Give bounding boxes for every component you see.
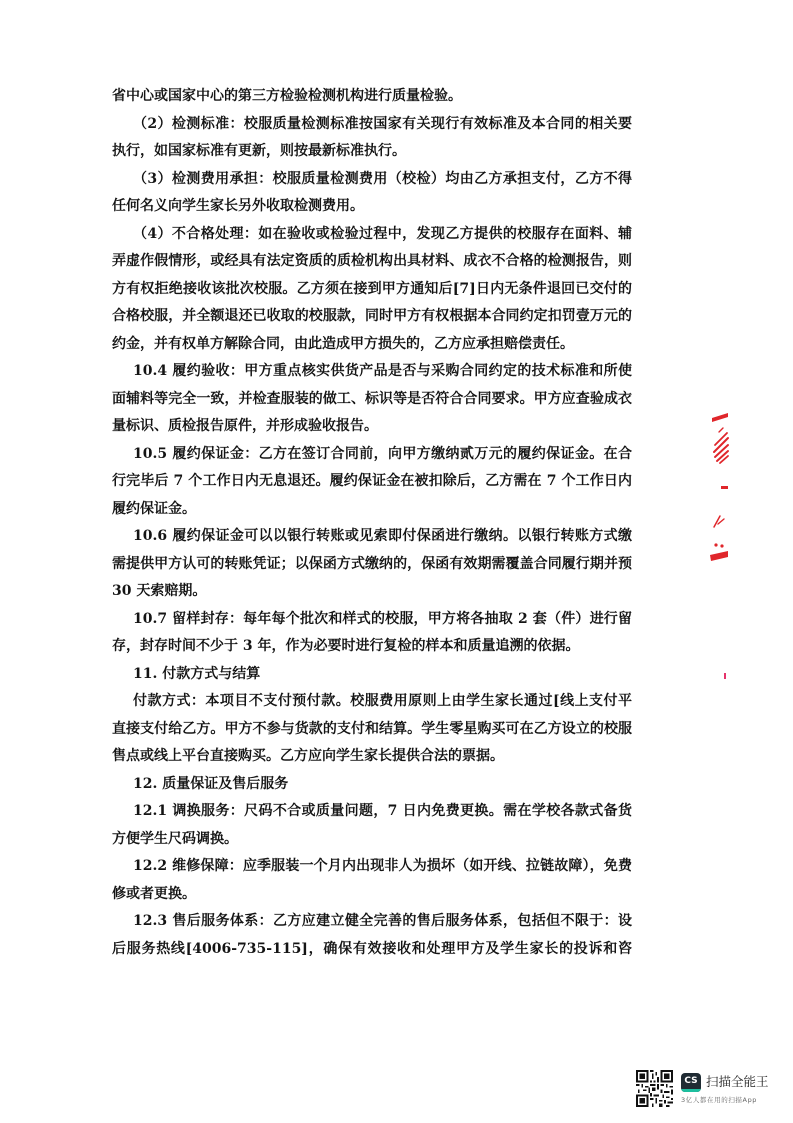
clause-12-3-after-sales: 12.3 售后服务体系：乙方应建立健全完善的售后服务体系，包括但不限于：设立售 … [112,908,632,963]
section-11-heading: 11. 付款方式与结算 [112,661,632,689]
clause-10-7-sample-retention: 10.7 留样封存：每年每个批次和样式的校服，甲方将各抽取 2 套（件）进行留样… [112,606,632,661]
paragraph-line: 需提供甲方认可的转账凭证；以保函方式缴纳的，保函有效期需覆盖合同履行期并预留 [112,551,632,579]
paragraph-line: 10.4 履约验收：甲方重点核实供货产品是否与采购合同约定的技术标准和所使用的 [112,358,632,386]
clause-quality-inspection-tail: 省中心或国家中心的第三方检验检测机构进行质量检验。 [112,83,632,111]
paragraph-line: 履约保证金。 [112,496,632,524]
clause-inspection-fee: （3）检测费用承担：校服质量检测费用（校检）均由乙方承担支付，乙方不得以 任何名… [112,166,632,221]
paragraph-line: 10.5 履约保证金：乙方在签订合同前，向甲方缴纳贰万元的履约保证金。在合同履 [112,441,632,469]
clause-12-1-exchange: 12.1 调换服务：尺码不合或质量问题，7 日内免费更换。需在学校各款式备货 3… [112,798,632,853]
paragraph-line: 执行，如国家标准有更新，则按最新标准执行。 [112,138,632,166]
paragraph-line: （3）检测费用承担：校服质量检测费用（校检）均由乙方承担支付，乙方不得以 [112,166,632,194]
clause-10-5-performance-bond: 10.5 履约保证金：乙方在签订合同前，向甲方缴纳贰万元的履约保证金。在合同履 … [112,441,632,524]
paragraph-line: 10.6 履约保证金可以以银行转账或见索即付保函进行缴纳。以银行转账方式缴纳的， [112,523,632,551]
clause-inspection-standard: （2）检测标准：校服质量检测标准按国家有关现行有效标准及本合同的相关要求 执行，… [112,111,632,166]
paragraph-line: （2）检测标准：校服质量检测标准按国家有关现行有效标准及本合同的相关要求 [112,111,632,139]
section-heading: 12. 质量保证及售后服务 [112,771,632,799]
paragraph-line: 弄虚作假情形，或经具有法定资质的质检机构出具材料、成衣不合格的检测报告，则甲 [112,248,632,276]
paragraph-line: 存，封存时间不少于 3 年，作为必要时进行复检的样本和质量追溯的依据。 [112,633,632,661]
paragraph-line: 合格校服，并全额退还已收取的校服款，同时甲方有权根据本合同约定扣罚壹万元的违 [112,303,632,331]
seal-stamp-fragment [700,405,740,685]
paragraph-line: 10.7 留样封存：每年每个批次和样式的校服，甲方将各抽取 2 套（件）进行留样… [112,606,632,634]
paragraph-line: 12.1 调换服务：尺码不合或质量问题，7 日内免费更换。需在学校各款式备货 3… [112,798,632,826]
clause-10-4-acceptance: 10.4 履约验收：甲方重点核实供货产品是否与采购合同约定的技术标准和所使用的 … [112,358,632,441]
paragraph-line: 12.3 售后服务体系：乙方应建立健全完善的售后服务体系，包括但不限于：设立售 [112,908,632,936]
document-body: 省中心或国家中心的第三方检验检测机构进行质量检验。 （2）检测标准：校服质量检测… [112,83,632,963]
paragraph-line: 30 天索赔期。 [112,578,632,606]
paragraph-line: 省中心或国家中心的第三方检验检测机构进行质量检验。 [112,83,632,111]
paragraph-line: 面辅料等完全一致，并检查服装的做工、标识等是否符合合同要求。甲方应查验成衣质 [112,386,632,414]
camscanner-logo: CS [681,1073,701,1092]
paragraph-line: 行完毕后 7 个工作日内无息退还。履约保证金在被扣除后，乙方需在 7 个工作日内… [112,468,632,496]
paragraph-line: 12.2 维修保障：应季服装一个月内出现非人为损坏（如开线、拉链故障），免费维 [112,853,632,881]
paragraph-line: 任何名义向学生家长另外收取检测费用。 [112,193,632,221]
paragraph-line-text: 本项目不支付预付款。校服费用原则上由学生家长通过[线上支付平台] [133,693,632,716]
watermark-tagline: 3亿人都在用的扫描App [681,1096,757,1105]
clause-nonconformity-handling: （4）不合格处理：如在验收或检验过程中，发现乙方提供的校服存在面料、辅料 弄虚作… [112,221,632,359]
qr-code [636,1070,673,1107]
paragraph-line: 约金，并有权单方解除合同，由此造成甲方损失的，乙方应承担赔偿责任。 [112,331,632,359]
watermark-app-name: 扫描全能王 [706,1074,769,1090]
clause-12-2-repair: 12.2 维修保障：应季服装一个月内出现非人为损坏（如开线、拉链故障），免费维 … [112,853,632,908]
payment-method-label: 付款方式： [133,693,205,709]
paragraph-line: 后服务热线[4006-735-115]，确保有效接收和处理甲方及学生家长的投诉和… [112,936,632,964]
paragraph-line: 方有权拒绝接收该批次校服。乙方须在接到甲方通知后[7]日内无条件退回已交付的不 [112,276,632,304]
paragraph-line: 修或者更换。 [112,881,632,909]
paragraph-line: 直接支付给乙方。甲方不参与货款的支付和结算。学生零星购买可在乙方设立的校服专 [112,716,632,744]
section-12-heading: 12. 质量保证及售后服务 [112,771,632,799]
paragraph-line: 方便学生尺码调换。 [112,826,632,854]
section-heading: 11. 付款方式与结算 [112,661,632,689]
paragraph-line: 量标识、质检报告原件，并形成验收报告。 [112,413,632,441]
paragraph-line: （4）不合格处理：如在验收或检验过程中，发现乙方提供的校服存在面料、辅料 [112,221,632,249]
clause-payment-method: 付款方式：本项目不支付预付款。校服费用原则上由学生家长通过[线上支付平台] 直接… [112,688,632,771]
clause-10-6-bond-payment: 10.6 履约保证金可以以银行转账或见索即付保函进行缴纳。以银行转账方式缴纳的，… [112,523,632,606]
paragraph-line: 付款方式：本项目不支付预付款。校服费用原则上由学生家长通过[线上支付平台] [112,688,632,716]
paragraph-line: 售点或线上平台直接购买。乙方应向学生家长提供合法的票据。 [112,743,632,771]
